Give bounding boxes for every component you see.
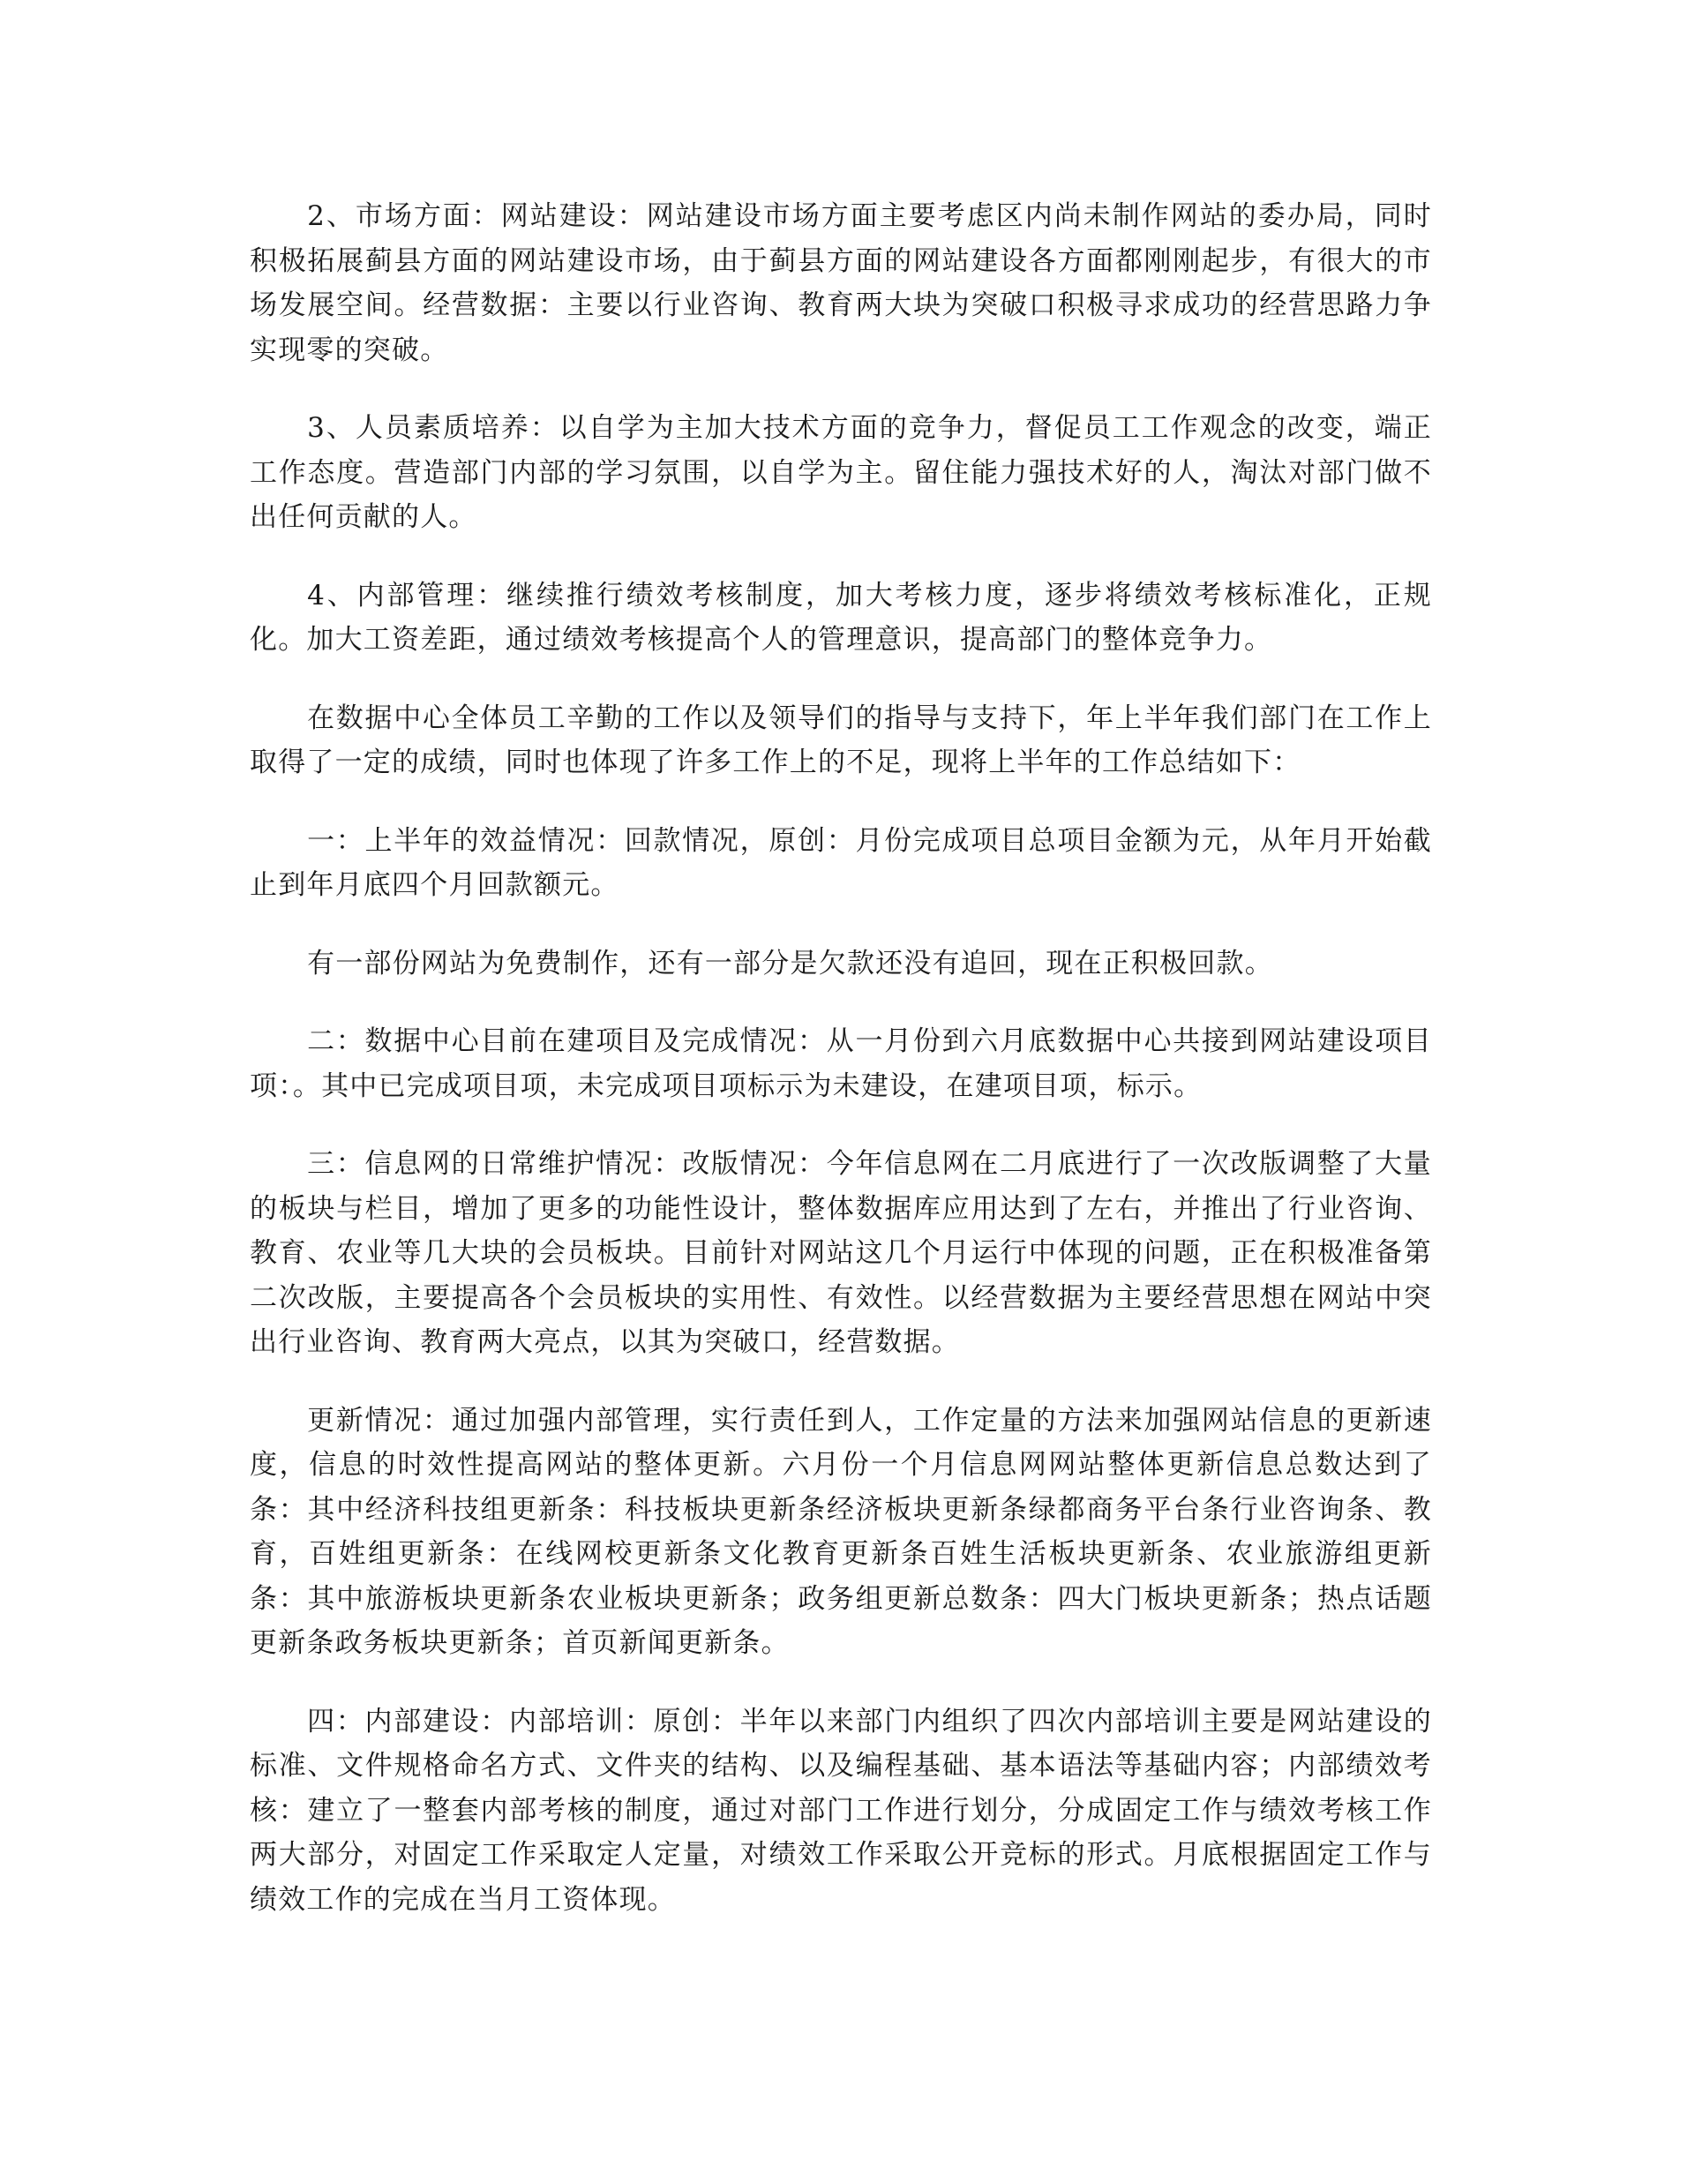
paragraph-section-one-revenue: 一：上半年的效益情况：回款情况，原创：月份完成项目总项目金额为元，从年月开始截止… [250, 819, 1432, 908]
paragraph-summary-intro: 在数据中心全体员工辛勤的工作以及领导们的指导与支持下，年上半年我们部门在工作上取… [250, 696, 1432, 785]
paragraph-update-status: 更新情况：通过加强内部管理，实行责任到人，工作定量的方法来加强网站信息的更新速度… [250, 1399, 1432, 1666]
document-page: 2、市场方面：网站建设：网站建设市场方面主要考虑区内尚未制作网站的委办局，同时积… [250, 194, 1432, 1955]
paragraph-section-two-projects: 二：数据中心目前在建项目及完成情况：从一月份到六月底数据中心共接到网站建设项目项… [250, 1019, 1432, 1108]
paragraph-section-three-maintenance: 三：信息网的日常维护情况：改版情况：今年信息网在二月底进行了一次改版调整了大量的… [250, 1142, 1432, 1365]
paragraph-section-four-internal: 四：内部建设：内部培训：原创：半年以来部门内组织了四次内部培训主要是网站建设的标… [250, 1700, 1432, 1923]
paragraph-internal-management: 4、内部管理：继续推行绩效考核制度，加大考核力度，逐步将绩效考核标准化，正规化。… [250, 574, 1432, 663]
paragraph-payment-note: 有一部份网站为免费制作，还有一部分是欠款还没有追回，现在正积极回款。 [250, 942, 1432, 987]
paragraph-market: 2、市场方面：网站建设：网站建设市场方面主要考虑区内尚未制作网站的委办局，同时积… [250, 194, 1432, 372]
paragraph-staff-training: 3、人员素质培养：以自学为主加大技术方面的竞争力，督促员工工作观念的改变，端正工… [250, 406, 1432, 540]
